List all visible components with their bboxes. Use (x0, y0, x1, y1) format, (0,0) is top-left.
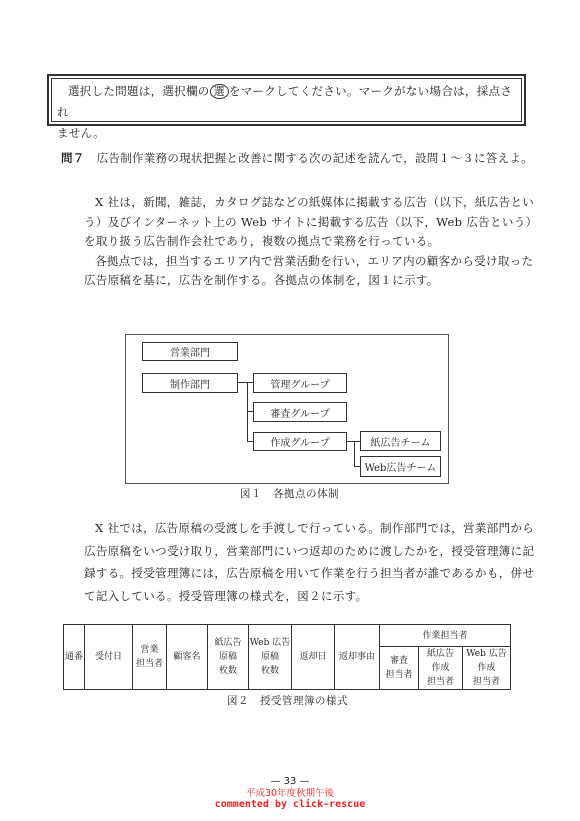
column-header-customer-name: 顧客名 (167, 625, 208, 690)
exam-session-stamp: 平成30年度秋期午後 (0, 785, 580, 799)
org-node-creation-group: 作成グループ (253, 432, 347, 451)
org-node-management-group: 管理グループ (253, 373, 347, 393)
column-header-serial-no: 通番 (64, 625, 85, 690)
paragraph-line: 録する。授受管理簿には，広告原稿を用いて作業を行う担当者が誰であるかも，併せ (84, 562, 504, 585)
notice-text-before: 選択した問題は，選択欄の (68, 84, 210, 98)
connector-line (247, 382, 248, 442)
column-header-return-date: 返却日 (292, 625, 335, 690)
figure-2-caption: 図２ 授受管理簿の様式 (227, 693, 348, 708)
paragraph-line: X 社では，広告原稿の受渡しを手渡しで行っている。制作部門では，営業部門から (84, 517, 504, 540)
column-header-received-date: 受付日 (85, 625, 133, 690)
connector-line (238, 382, 253, 383)
question-title: 広告制作業務の現状把握と改善に関する次の記述を読んで，設問１～３に答えよ。 (97, 151, 533, 165)
column-header-web-ad-creator: Web 広告 作成 担当者 (463, 647, 511, 690)
paragraph-line: 広告原稿をいつ受け取り，営業部門にいつ返却のために渡したかを，授受管理簿に記 (84, 540, 504, 563)
paragraph-line: う）及びインターネット上の Web サイトに掲載する広告（以下，Web 広告とい… (84, 213, 504, 233)
org-node-sales: 営業部門 (142, 342, 238, 361)
ledger-form-table: 通番 受付日 営業 担当者 顧客名 紙広告 原稿 枚数 Web 広告 原稿 枚数… (63, 624, 511, 690)
paragraph-line: 各拠点では，担当するエリア内で営業活動を行い，エリア内の顧客から受け取った (84, 252, 504, 272)
notice-box: 選択した問題は，選択欄の選をマークしてください。マークがない場合は，採点され ま… (47, 74, 526, 126)
question-number: 問７ (61, 151, 85, 165)
connector-line (354, 441, 355, 467)
question-header: 問７広告制作業務の現状把握と改善に関する次の記述を読んで，設問１～３に答えよ。 (61, 150, 533, 166)
paragraph-line: X 社は，新聞，雑誌，カタログ誌などの紙媒体に掲載する広告（以下，紙広告とい (84, 193, 504, 213)
column-header-sales-rep: 営業 担当者 (133, 625, 167, 690)
paragraph-1: X 社は，新聞，雑誌，カタログ誌などの紙媒体に掲載する広告（以下，紙広告とい う… (84, 193, 504, 291)
column-header-reviewer: 審査 担当者 (380, 647, 419, 690)
figure-1-caption: 図１ 各拠点の体制 (240, 486, 339, 501)
column-header-web-ad-sheets: Web 広告 原稿 枚数 (249, 625, 292, 690)
org-node-web-ad-team: Web広告チーム (360, 456, 441, 477)
notice-text-line2: ません。 (46, 123, 105, 144)
column-header-paper-ad-creator: 紙広告 作成 担当者 (419, 647, 463, 690)
notice-text: 選択した問題は，選択欄の選をマークしてください。マークがない場合は，採点され ま… (57, 81, 516, 144)
org-node-production: 制作部門 (142, 373, 238, 393)
column-header-paper-ad-sheets: 紙広告 原稿 枚数 (208, 625, 249, 690)
paragraph-line: 広告原稿を基に，広告を制作する。各拠点の体制を，図１に示す。 (84, 271, 504, 291)
circled-select-mark: 選 (210, 84, 229, 99)
paragraph-2: X 社では，広告原稿の受渡しを手渡しで行っている。制作部門では，営業部門から 広… (84, 517, 504, 607)
column-group-header-workers: 作業担当者 (380, 625, 511, 647)
org-node-review-group: 審査グループ (253, 402, 347, 422)
column-header-return-reason: 返却事由 (335, 625, 380, 690)
paragraph-line: て記入している。授受管理簿の様式を，図２に示す。 (84, 585, 504, 608)
paragraph-line: を取り扱う広告制作会社であり，複数の拠点で業務を行っている。 (84, 232, 504, 252)
commentary-credit: commented by click-rescue (0, 799, 580, 810)
org-node-paper-ad-team: 紙広告チーム (360, 431, 441, 451)
